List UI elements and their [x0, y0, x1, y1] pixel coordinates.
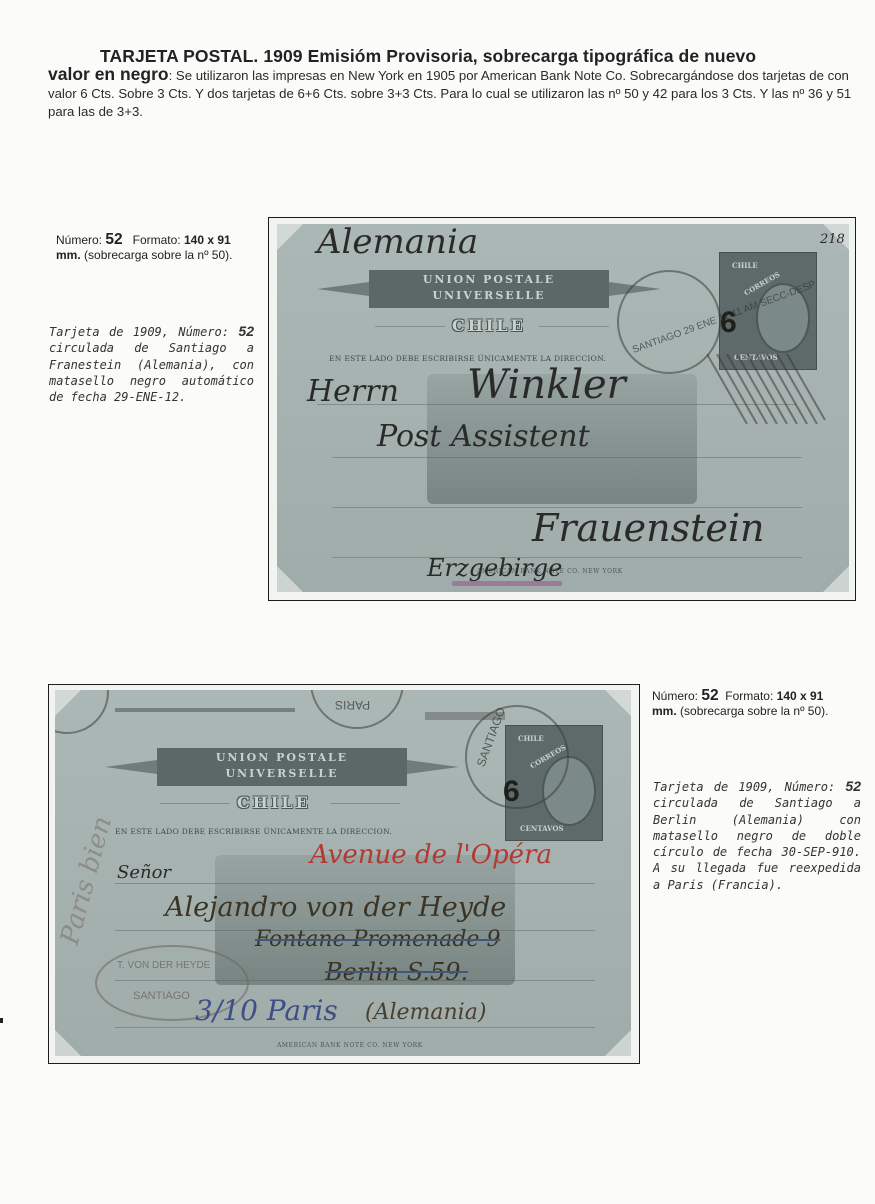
postcard-2: UNION POSTALE UNIVERSELLE CHILE EN ESTE … — [55, 690, 631, 1056]
formato-value: 140 x 91 — [184, 233, 231, 247]
postcard-1-mount: UNION POSTALE UNIVERSELLE CHILE EN ESTE … — [268, 217, 856, 601]
item-2-description: Tarjeta de 1909, Número: 52 circulada de… — [653, 778, 861, 893]
intro-body: : Se utilizaron las impresas en New York… — [48, 68, 851, 119]
stamp-centavos: CENTAVOS — [520, 824, 564, 833]
item-2-meta: Número: 52 Formato: 140 x 91 mm. (sobrec… — [652, 688, 867, 719]
handwritten-city-crossed: Berlin S.59. — [325, 958, 468, 986]
mm-label: mm. — [652, 704, 677, 718]
upu-line-2: UNIVERSELLE — [369, 288, 609, 304]
handwritten-country: (Alemania) — [365, 1000, 486, 1025]
handwritten-new-city: 3/10 Paris — [195, 994, 338, 1027]
upu-banner: UNION POSTALE UNIVERSELLE — [157, 748, 407, 786]
numero-label: Número: — [652, 689, 701, 703]
numero-value: 52 — [701, 687, 718, 704]
desc-number: 52 — [845, 778, 861, 794]
numero-value: 52 — [105, 231, 122, 248]
handwritten-redirect: Avenue de l'Opéra — [310, 840, 552, 870]
item-1-description: Tarjeta de 1909, Número: 52 circulada de… — [49, 323, 254, 405]
cancel-smudge — [425, 712, 505, 720]
upu-line-1: UNION POSTALE — [157, 750, 407, 766]
cancel-bars — [707, 354, 827, 444]
page-title: TARJETA POSTAL. 1909 Emisióm Provisoria,… — [48, 47, 868, 65]
desc-text: circulada de Santiago a Berlin (Alemania… — [653, 796, 861, 891]
handwritten-addressee: Alejandro von der Heyde — [165, 892, 506, 923]
desc-text: circulada de Santiago a Franestein (Alem… — [49, 341, 254, 404]
upu-line-2: UNIVERSELLE — [157, 766, 407, 782]
pencil-note: 218 — [820, 232, 845, 247]
handwritten-city: Frauenstein — [532, 506, 765, 550]
upu-banner: UNION POSTALE UNIVERSELLE — [369, 270, 609, 308]
item-1-meta: Número: 52 Formato: 140 x 91 mm. (sobrec… — [56, 232, 256, 263]
handwritten-street-crossed: Fontane Promenade 9 — [255, 927, 500, 952]
handwritten-salutation: Señor — [117, 862, 171, 883]
printer-imprint: AMERICAN BANK NOTE CO. NEW YORK — [277, 1042, 423, 1049]
oval-stamp-line-2: SANTIAGO — [133, 990, 190, 1002]
desc-text: Tarjeta de 1909, Número: — [653, 780, 845, 794]
handwritten-herrn: Herrn — [307, 374, 399, 409]
desc-text: Tarjeta de 1909, Número: — [49, 325, 238, 339]
instruction-line: EN ESTE LADO DEBE ESCRIBIRSE ÚNICAMENTE … — [115, 827, 392, 836]
stamp-country: CHILE — [732, 261, 758, 270]
desc-number: 52 — [238, 323, 254, 339]
postmark-paris-text: PARIS — [335, 698, 370, 712]
formato-value: 140 x 91 — [777, 689, 824, 703]
upu-line-1: UNION POSTALE — [369, 272, 609, 288]
overprint-note: (sobrecarga sobre la nº 50). — [677, 704, 829, 718]
handwritten-country: Alemania — [317, 224, 478, 262]
country-label: CHILE — [452, 316, 526, 335]
formato-label: Formato: — [133, 233, 184, 247]
intro-lead: valor en negro — [48, 64, 169, 84]
country-label: CHILE — [237, 793, 311, 812]
violet-underline — [452, 581, 562, 586]
handwritten-line-2: Post Assistent — [377, 419, 590, 454]
postcard-1: UNION POSTALE UNIVERSELLE CHILE EN ESTE … — [277, 224, 849, 592]
mm-label: mm. — [56, 248, 81, 262]
handwritten-addressee: Winkler — [467, 362, 626, 408]
handwritten-region: Erzgebirge — [427, 554, 562, 582]
numero-label: Número: — [56, 233, 105, 247]
overprint-note: (sobrecarga sobre la nº 50). — [81, 248, 233, 262]
cancel-bar — [115, 708, 295, 712]
oval-stamp-line-1: T. VON DER HEYDE — [117, 960, 210, 971]
intro-text: TARJETA POSTAL. 1909 Emisióm Provisoria,… — [48, 47, 868, 121]
margin-mark — [0, 1018, 3, 1023]
postcard-2-mount: UNION POSTALE UNIVERSELLE CHILE EN ESTE … — [48, 684, 640, 1064]
formato-label: Formato: — [725, 689, 776, 703]
